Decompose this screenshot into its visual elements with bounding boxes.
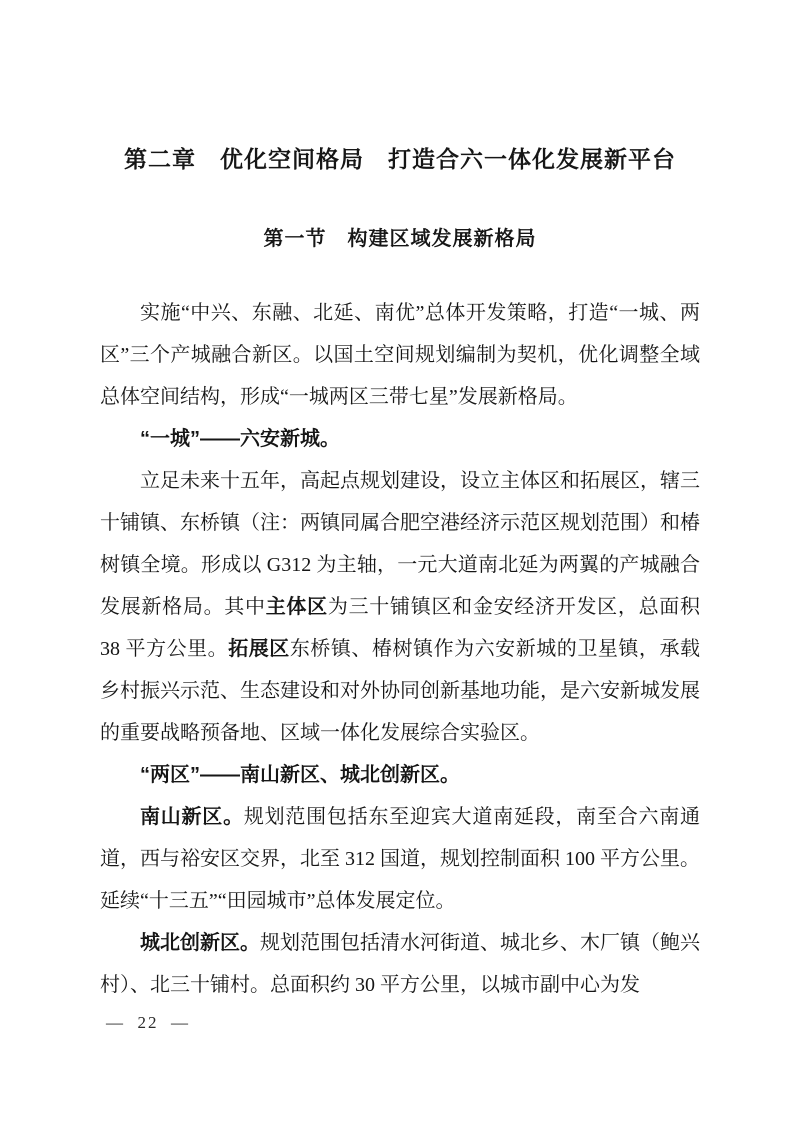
bold-text-run: 城北创新区。 (140, 932, 260, 954)
body-paragraph: 城北创新区。规划范围包括清水河街道、城北乡、木厂镇（鲍兴村）、北三十铺村。总面积… (100, 922, 700, 1006)
document-body: 实施“中兴、东融、北延、南优”总体开发策略，打造“一城、两区”三个产城融合新区。… (100, 292, 700, 1006)
document-content: 第二章 优化空间格局 打造合六一体化发展新平台 第一节 构建区域发展新格局 实施… (100, 0, 700, 1006)
chapter-title: 第二章 优化空间格局 打造合六一体化发展新平台 (100, 0, 700, 176)
section-title: 第一节 构建区域发展新格局 (100, 176, 700, 254)
body-paragraph: 立足未来十五年，高起点规划建设，设立主体区和拓展区，辖三十铺镇、东桥镇（注：两镇… (100, 460, 700, 754)
bold-text-run: 主体区 (266, 596, 328, 618)
inline-heading: “一城”——六安新城。 (100, 418, 700, 460)
bold-text-run: “两区”——南山新区、城北创新区。 (140, 764, 460, 786)
bold-text-run: “一城”——六安新城。 (140, 428, 340, 450)
body-paragraph: 南山新区。规划范围包括东至迎宾大道南延段，南至合六南通道，西与裕安区交界，北至 … (100, 796, 700, 922)
document-page: 第二章 优化空间格局 打造合六一体化发展新平台 第一节 构建区域发展新格局 实施… (0, 0, 793, 1122)
bold-text-run: 拓展区 (228, 638, 290, 660)
bold-text-run: 南山新区。 (140, 806, 244, 828)
body-paragraph: 实施“中兴、东融、北延、南优”总体开发策略，打造“一城、两区”三个产城融合新区。… (100, 292, 700, 418)
inline-heading: “两区”——南山新区、城北创新区。 (100, 754, 700, 796)
page-number: — 22 — (106, 1010, 190, 1036)
text-run: 实施“中兴、东融、北延、南优”总体开发策略，打造“一城、两区”三个产城融合新区。… (100, 302, 700, 408)
